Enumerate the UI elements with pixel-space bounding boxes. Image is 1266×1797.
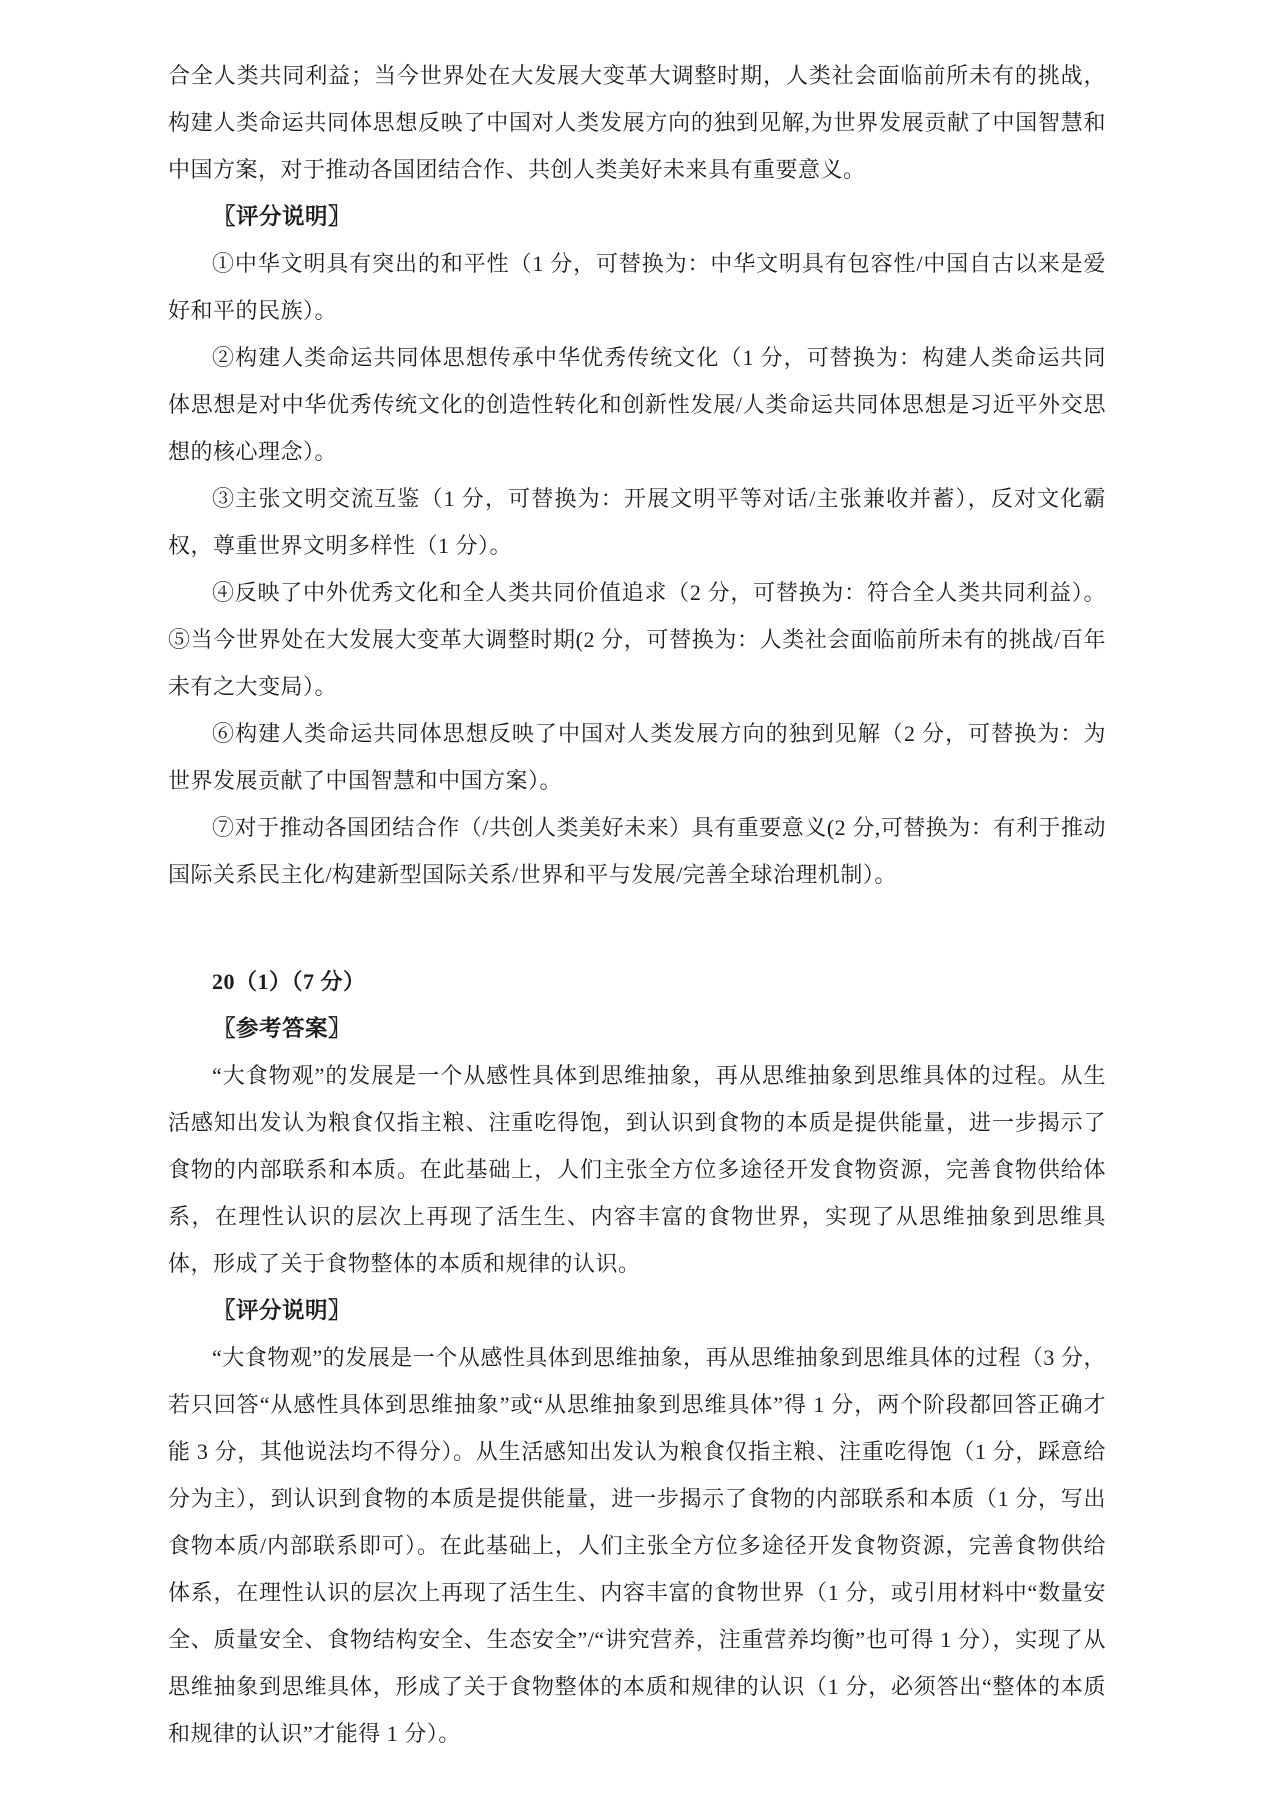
scoring-point-2: ②构建人类命运共同体思想传承中华优秀传统文化（1 分，可替换为：构建人类命运共同… xyxy=(168,334,1106,475)
scoring-point-1: ①中华文明具有突出的和平性（1 分，可替换为：中华文明具有包容性/中国自古以来是… xyxy=(168,240,1106,334)
scoring-point-6: ⑥构建人类命运共同体思想反映了中国对人类发展方向的独到见解（2 分，可替换为：为… xyxy=(168,710,1106,804)
scoring-explanation-paragraph: “大食物观”的发展是一个从感性具体到思维抽象，再从思维抽象到思维具体的过程（3 … xyxy=(168,1334,1106,1757)
scoring-point-3: ③主张文明交流互鉴（1 分，可替换为：开展文明平等对话/主张兼收并蓄），反对文化… xyxy=(168,475,1106,569)
reference-answer-heading: 〖参考答案〗 xyxy=(168,1005,1106,1052)
section-divider-gap xyxy=(168,898,1106,958)
scoring-notes-heading-1: 〖评分说明〗 xyxy=(168,193,1106,240)
scoring-point-7: ⑦对于推动各国团结合作（/共创人类美好未来）具有重要意义(2 分,可替换为：有利… xyxy=(168,804,1106,898)
document-page: 合全人类共同利益；当今世界处在大发展大变革大调整时期，人类社会面临前所未有的挑战… xyxy=(0,0,1266,1797)
reference-answer-paragraph: “大食物观”的发展是一个从感性具体到思维抽象，再从思维抽象到思维具体的过程。从生… xyxy=(168,1052,1106,1287)
scoring-point-4-5: ④反映了中外优秀文化和全人类共同价值追求（2 分，可替换为：符合全人类共同利益）… xyxy=(168,569,1106,710)
scoring-notes-heading-2: 〖评分说明〗 xyxy=(168,1287,1106,1334)
answer-key-content: 合全人类共同利益；当今世界处在大发展大变革大调整时期，人类社会面临前所未有的挑战… xyxy=(168,52,1106,1757)
intro-continuation-paragraph: 合全人类共同利益；当今世界处在大发展大变革大调整时期，人类社会面临前所未有的挑战… xyxy=(168,52,1106,193)
question-number: 20（1）（7 分） xyxy=(168,958,1106,1005)
